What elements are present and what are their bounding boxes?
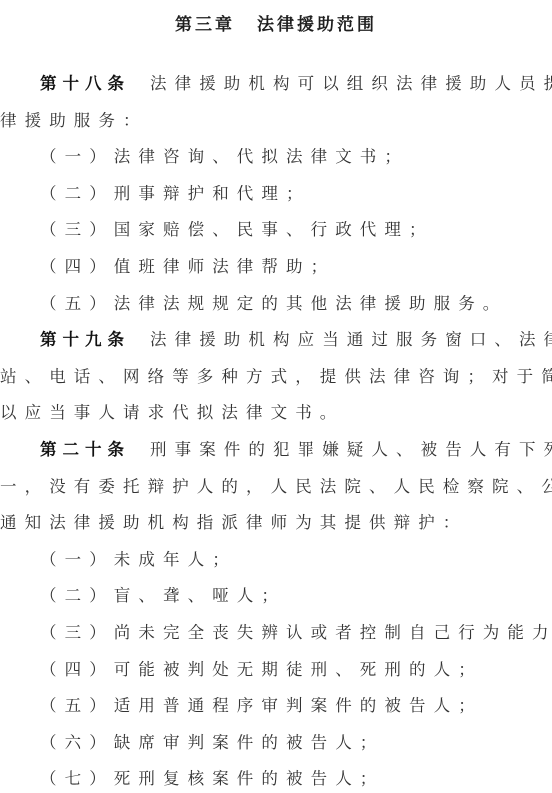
list-item: （一）法律咨询、代拟法律文书； [0,139,552,176]
article-text: 刑事案件的犯罪嫌疑人、被告人有下列情形之 [150,440,552,459]
list-item: （二）刑事辩护和代理； [0,176,552,213]
list-item: （五）法律法规规定的其他法律援助服务。 [0,286,552,323]
article-first-line: 第二十条刑事案件的犯罪嫌疑人、被告人有下列情形之 [0,432,552,469]
list-item: （六）缺席审判案件的被告人； [0,725,552,762]
chapter-title: 法律援助范围 [257,15,377,35]
article-line: 律援助服务： [0,103,552,140]
article-line: 以应当事人请求代拟法律文书。 [0,395,552,432]
list-item: （四）可能被判处无期徒刑、死刑的人； [0,652,552,689]
list-item: （二）盲、聋、哑人； [0,578,552,615]
list-item: （三）国家赔偿、民事、行政代理； [0,212,552,249]
list-item: （四）值班律师法律帮助； [0,249,552,286]
article-label: 第十八条 [40,74,130,93]
article-first-line: 第十八条法律援助机构可以组织法律援助人员提供下列法 [0,66,552,103]
document-body: 第十八条法律援助机构可以组织法律援助人员提供下列法 律援助服务： （一）法律咨询… [0,66,552,793]
article-18: 第十八条法律援助机构可以组织法律援助人员提供下列法 律援助服务： （一）法律咨询… [0,66,552,322]
list-item: （一）未成年人； [0,542,552,579]
list-item: （五）适用普通程序审判案件的被告人； [0,688,552,725]
chapter-number: 第三章 [175,15,235,35]
article-line: 通知法律援助机构指派律师为其提供辩护： [0,505,552,542]
article-label: 第二十条 [40,440,130,459]
article-line: 一，没有委托辩护人的，人民法院、人民检察院、公安机关应当 [0,469,552,506]
article-19: 第十九条法律援助机构应当通过服务窗口、法律援助工作 站、电话、网络等多种方式，提… [0,322,552,432]
chapter-heading: 第三章法律援助范围 [0,12,552,38]
article-first-line: 第十九条法律援助机构应当通过服务窗口、法律援助工作 [0,322,552,359]
article-20: 第二十条刑事案件的犯罪嫌疑人、被告人有下列情形之 一，没有委托辩护人的，人民法院… [0,432,552,793]
article-text: 法律援助机构可以组织法律援助人员提供下列法 [150,74,552,93]
list-item: （三）尚未完全丧失辨认或者控制自己行为能力的精神病人； [0,615,552,652]
list-item: （七）死刑复核案件的被告人； [0,761,552,793]
article-label: 第十九条 [40,330,130,349]
article-text: 法律援助机构应当通过服务窗口、法律援助工作 [150,330,552,349]
article-line: 站、电话、网络等多种方式，提供法律咨询；对于简单案件，可 [0,359,552,396]
